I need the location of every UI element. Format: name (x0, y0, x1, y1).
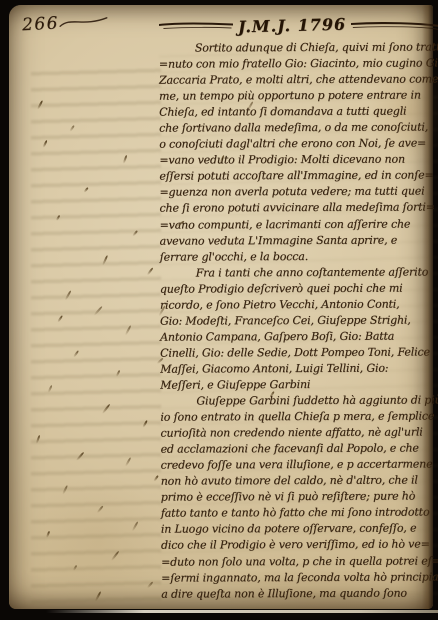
folio-number-group: 266 (22, 11, 110, 36)
manuscript-line: Fra i tanti che anno coſtantemente aſſer… (160, 264, 438, 281)
manuscript-line: ricordo, e ſono Pietro Vecchi, Antonio C… (160, 296, 438, 313)
manuscript-line: Meſſeri, e Giuſeppe Garbini (160, 376, 438, 393)
manuscript-line: dico che il Prodigio è vero veriſſimo, e… (161, 537, 438, 554)
manuscript-line: Chieſa, ed intanto ſi domandava a tutti … (159, 104, 438, 121)
manuscript-line: Zaccaria Prato, e molti altri, che atten… (159, 71, 438, 88)
manuscript-line: queſto Prodigio deſcriverò quei pochi ch… (160, 280, 438, 297)
manuscript-line: o conoſciuti dagl'altri che erono con No… (159, 136, 438, 153)
year-header: J.M.J. 1796 (159, 14, 438, 36)
manuscript-text-block: Sortito adunque di Chieſa, quivi mi ſono… (159, 39, 438, 602)
manuscript-line: =ſermi ingannato, ma la ſeconda volta hò… (161, 569, 438, 586)
manuscript-line: curioſità non credendo niente affatto, n… (160, 425, 438, 442)
verso-showthrough (31, 63, 161, 609)
folio-flourish-icon (59, 14, 110, 31)
manuscript-line: a dire queſta non è Illuſione, ma quando… (161, 585, 438, 602)
manuscript-line: ſerrare gl'occhi, e la bocca. (160, 248, 438, 265)
manuscript-line: in Luogo vicino da potere oſſervare, con… (161, 521, 438, 538)
manuscript-line: Sortito adunque di Chieſa, quivi mi ſono… (159, 39, 438, 56)
manuscript-line: che ſi erono potuti avvicinare alla mede… (159, 200, 438, 217)
manuscript-line: Cinelli, Gio: delle Sedie, Dott Pompeo T… (160, 344, 438, 361)
manuscript-line: =nuto con mio fratello Gio: Giacinto, mi… (159, 55, 438, 72)
year-heading: J.M.J. 1796 (238, 14, 347, 36)
page-fore-edge (422, 5, 433, 609)
manuscript-line: Antonio Campana, Gaſpero Boſi, Gio: Batt… (160, 328, 438, 345)
manuscript-page: 266 J.M.J. 1796 Sortito adunque di Chieſ… (9, 5, 433, 609)
manuscript-line: io ſono entrato in quella Chieſa p mera,… (160, 408, 438, 425)
manuscript-line: me, un tempo più opportuno p potere entr… (159, 88, 438, 105)
manuscript-line: che ſortivano dalla medeſima, o da me co… (159, 120, 438, 137)
folio-number: 266 (22, 13, 60, 35)
manuscript-line: Maſſei, Giacomo Antoni, Luigi Tellini, G… (160, 360, 438, 377)
manuscript-line: =duto non ſolo una volta, p che in quell… (161, 553, 438, 570)
manuscript-line: avevano veduta L'Immagine Santa aprire, … (160, 232, 438, 249)
manuscript-line: ed acclamazioni che facevanſi dal Popolo… (161, 441, 438, 458)
manuscript-line: primo è ecceſſivo nè vi ſi può reſiſtere… (161, 489, 438, 506)
manuscript-line: =vano compunti, e lacrimanti con aſſerir… (160, 216, 438, 233)
manuscript-line: eſſersi potuti accoſtare all'Immagine, e… (159, 168, 438, 185)
manuscript-line: credevo foſſe una vera illuſione, e p ac… (161, 457, 438, 474)
manuscript-line: non hò avuto timore del caldo, nè d'altr… (161, 473, 438, 490)
book-bottom-edge (46, 610, 438, 613)
manuscript-line: Giuſeppe Garbini ſuddetto hà aggiunto di… (160, 392, 438, 409)
manuscript-line: Gio: Modeſti, Franceſco Cei, Giuſeppe St… (160, 312, 438, 329)
manuscript-line: =guenza non averla potuta vedere; ma tut… (159, 184, 438, 201)
header-rule-left-icon (159, 19, 233, 32)
manuscript-line: =vano veduto il Prodigio: Molti dicevano… (159, 152, 438, 169)
manuscript-line: fatto tanto e tanto hò fatto che mi ſono… (161, 505, 438, 522)
